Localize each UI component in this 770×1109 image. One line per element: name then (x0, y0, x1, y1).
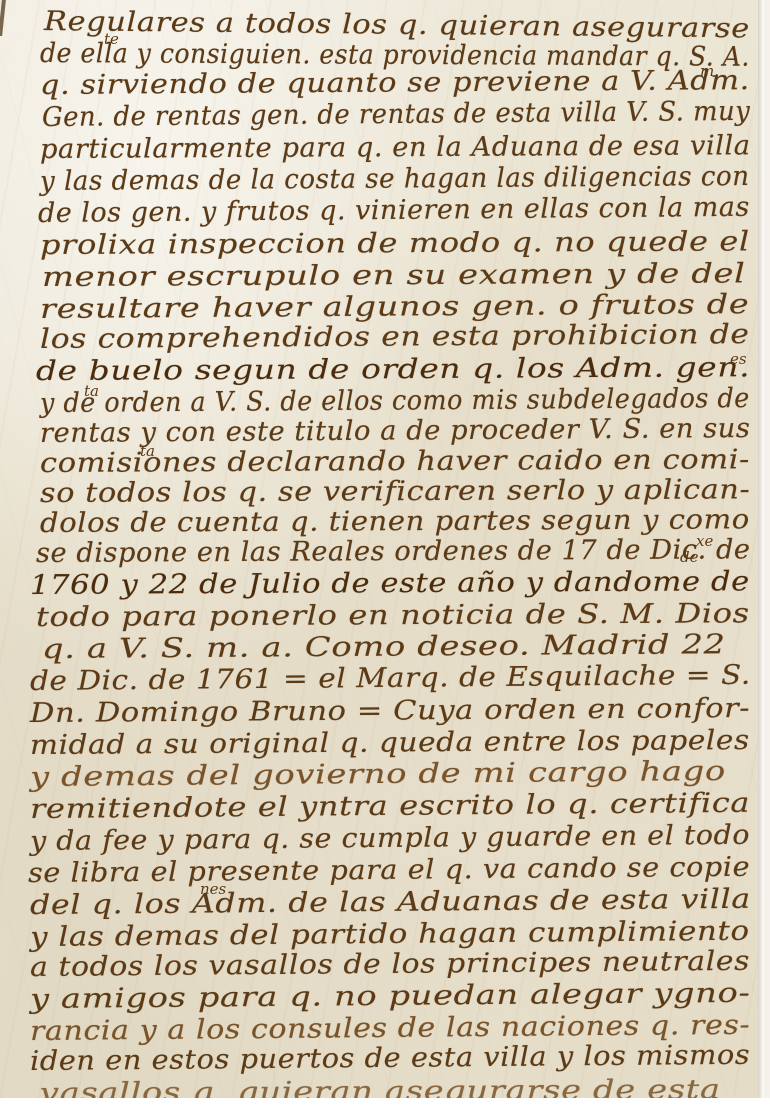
manuscript-line: de los gen. y frutos q. vinieren en ella… (38, 194, 750, 227)
manuscript-line: Dn. Domingo Bruno = Cuya orden en confor… (30, 695, 750, 727)
manuscript-line: y de orden a V. S. de ellos como mis sub… (40, 385, 750, 417)
manuscript-line: los comprehendidos en esta prohibicion d… (40, 321, 750, 353)
manuscript-line: iden en estos puertos de esta villa y lo… (30, 1042, 750, 1075)
manuscript-text: Regulares a todos los q. quieran asegura… (0, 0, 764, 1098)
manuscript-line: Regulares a todos los q. quieran asegura… (44, 8, 750, 42)
manuscript-line: y las demas de la costa se hagan las dil… (40, 163, 750, 195)
manuscript-page: Regulares a todos los q. quieran asegura… (0, 0, 764, 1098)
superscript-abbreviation: nes (200, 880, 226, 898)
manuscript-line: so todos los q. se verificaren serlo y a… (40, 476, 750, 507)
manuscript-line: menor escrupulo en su examen y de del (42, 260, 746, 291)
manuscript-line: prolixa inspeccion de modo q. no quede e… (40, 228, 750, 259)
manuscript-line: a todos los vasallos de los principes ne… (30, 948, 750, 981)
manuscript-line: de Dic. de 1761 = el Marq. de Esquilache… (30, 662, 751, 695)
manuscript-line: todo para ponerlo en noticia de S. M. Di… (36, 600, 750, 631)
manuscript-line: 1760 y 22 de Julio de este año y dandome… (30, 568, 750, 599)
manuscript-line: q. sirviendo de quanto se previene a V. … (40, 67, 750, 99)
manuscript-line: remitiendote el yntra escrito lo q. cert… (30, 790, 750, 823)
superscript-abbreviation: xe (696, 532, 713, 550)
manuscript-line: Gen. de rentas gen. de rentas de esta vi… (42, 98, 751, 131)
superscript-abbreviation: es (730, 350, 747, 368)
manuscript-line: particularmente para q. en la Aduana de … (40, 132, 751, 163)
manuscript-line: del q. los Adm. de las Aduanas de esta v… (30, 886, 751, 919)
page-edge (758, 0, 764, 1098)
manuscript-line: vasallos q. quieran asegurarse de esta (40, 1076, 721, 1098)
manuscript-line: dolos de cuenta q. tienen partes segun y… (40, 506, 750, 537)
manuscript-line: q. a V. S. m. a. Como deseo. Madrid 22 (42, 631, 726, 663)
manuscript-line: y da fee y para q. se cumpla y guarde en… (30, 822, 750, 855)
manuscript-line: y amigos para q. no puedan alegar ygno- (30, 980, 751, 1013)
superscript-abbreviation: te (104, 30, 119, 48)
manuscript-line: midad a su original q. queda entre los p… (30, 727, 750, 759)
superscript-abbreviation: ta (140, 442, 155, 460)
manuscript-line: y demas del govierno de mi cargo hago (30, 758, 726, 791)
manuscript-line: se dispone en las Reales ordenes de 17 d… (36, 536, 751, 567)
manuscript-line: resultare haver algunos gen. o frutos de (40, 291, 749, 323)
superscript-abbreviation: ta (84, 382, 99, 400)
scan-margin (0, 1098, 770, 1109)
superscript-abbreviation: m. (700, 62, 719, 80)
superscript-abbreviation: de (680, 548, 698, 566)
manuscript-line: se libra el presente para el q. va cando… (28, 854, 750, 887)
manuscript-line: de buelo segun de orden q. los Adm. gen. (36, 354, 750, 385)
